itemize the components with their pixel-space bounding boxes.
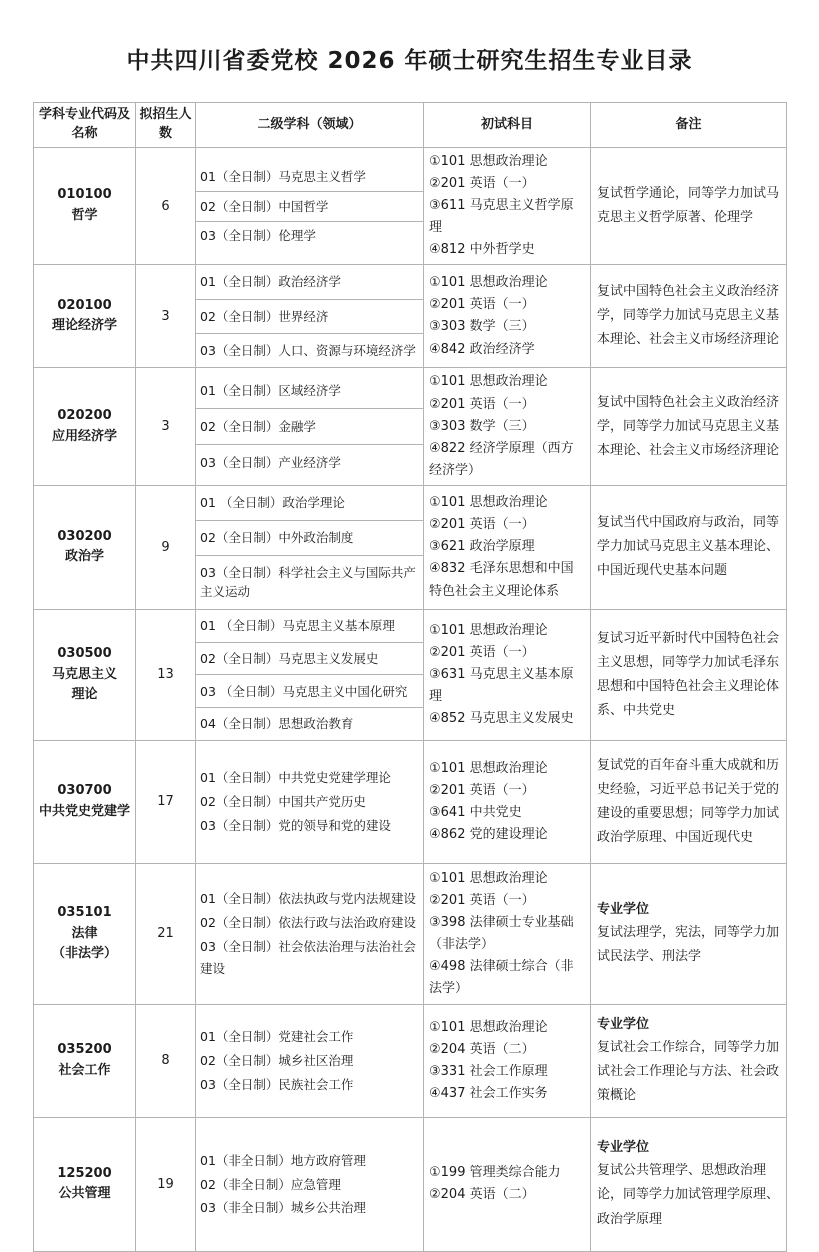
note-text: 复试中国特色社会主义政治经济学，同等学力加试马克思主义基本理论、社会主义市场经济… bbox=[597, 280, 780, 352]
program-code-name-cell: 030500 马克思主义 理论 bbox=[34, 609, 136, 740]
field-item: 01（全日制）依法执政与党内法规建设 bbox=[196, 887, 423, 911]
exam-item: ②201 英语（一） bbox=[429, 173, 585, 195]
header-notes: 备注 bbox=[591, 103, 787, 148]
note-text: 复试哲学通论，同等学力加试马克思主义哲学原著、伦理学 bbox=[597, 182, 780, 230]
exam-item: ④852 马克思主义发展史 bbox=[429, 708, 585, 730]
field-item: 03（全日制）产业经济学 bbox=[196, 444, 423, 480]
exam-item: ②201 英语（一） bbox=[429, 890, 585, 912]
program-code-name-cell: 125200 公共管理 bbox=[34, 1117, 136, 1251]
note-cell: 复试党的百年奋斗重大成就和历史经验，习近平总书记关于党的建设的重要思想；同等学力… bbox=[591, 740, 787, 863]
table-header-row: 学科专业代码及名称 拟招生人数 二级学科（领域） 初试科目 备注 bbox=[34, 103, 787, 148]
note-text: 复试中国特色社会主义政治经济学，同等学力加试马克思主义基本理论、社会主义市场经济… bbox=[597, 391, 780, 463]
exam-item: ①101 思想政治理论 bbox=[429, 151, 585, 173]
note-text: 复试公共管理学、思想政治理论，同等学力加试管理学原理、政治学原理 bbox=[597, 1159, 780, 1231]
table-row: 030700 中共党史党建学 17 01（全日制）中共党史党建学理论 02（全日… bbox=[34, 740, 787, 863]
fields-cell: 01（非全日制）地方政府管理 02（非全日制）应急管理 03（非全日制）城乡公共… bbox=[196, 1117, 424, 1251]
field-item: 02（全日制）中国共产党历史 bbox=[196, 790, 423, 814]
exam-item: ④812 中外哲学史 bbox=[429, 239, 585, 261]
program-code: 010100 bbox=[37, 185, 132, 206]
table-row: 030200 政治学 9 01 （全日制）政治学理论 02（全日制）中外政治制度… bbox=[34, 485, 787, 609]
program-code: 020100 bbox=[37, 296, 132, 317]
program-code-name-cell: 030200 政治学 bbox=[34, 485, 136, 609]
program-code-name-cell: 020100 理论经济学 bbox=[34, 265, 136, 368]
exam-item: ③331 社会工作原理 bbox=[429, 1061, 585, 1083]
exam-item: ②204 英语（二） bbox=[429, 1039, 585, 1061]
field-item: 03（全日制）民族社会工作 bbox=[196, 1073, 423, 1097]
note-cell: 复试当代中国政府与政治，同等学力加试马克思主义基本理论、中国近现代史基本问题 bbox=[591, 485, 787, 609]
page-title: 中共四川省委党校 2026 年硕士研究生招生专业目录 bbox=[10, 42, 809, 75]
fields-cell: 01 （全日制）政治学理论 02（全日制）中外政治制度 03（全日制）科学社会主… bbox=[196, 485, 424, 609]
exam-item: ④498 法律硕士综合（非法学） bbox=[429, 956, 585, 1000]
note-text: 复试社会工作综合，同等学力加试社会工作理论与方法、社会政策概论 bbox=[597, 1036, 780, 1108]
program-name: 哲学 bbox=[37, 206, 132, 227]
quota-cell: 3 bbox=[136, 368, 196, 485]
header-quota: 拟招生人数 bbox=[136, 103, 196, 148]
field-item: 02（全日制）中外政治制度 bbox=[196, 520, 423, 555]
note-cell: 复试中国特色社会主义政治经济学，同等学力加试马克思主义基本理论、社会主义市场经济… bbox=[591, 368, 787, 485]
exam-item: ①101 思想政治理论 bbox=[429, 492, 585, 514]
field-item: 01（全日制）区域经济学 bbox=[196, 373, 423, 408]
program-code-name-cell: 010100 哲学 bbox=[34, 148, 136, 265]
field-item: 01 （全日制）政治学理论 bbox=[196, 486, 423, 520]
note-cell: 复试习近平新时代中国特色社会主义思想，同等学力加试毛泽东思想和中国特色社会主义理… bbox=[591, 609, 787, 740]
program-code: 030500 bbox=[37, 644, 132, 665]
field-item: 01 （全日制）马克思主义基本原理 bbox=[196, 610, 423, 642]
exams-cell: ①101 思想政治理论 ②201 英语（一） ③303 数学（三） ④822 经… bbox=[424, 368, 591, 485]
note-cell: 复试哲学通论，同等学力加试马克思主义哲学原著、伦理学 bbox=[591, 148, 787, 265]
note-text: 复试法理学，宪法，同等学力加试民法学、刑法学 bbox=[597, 921, 780, 969]
exam-item: ③621 政治学原理 bbox=[429, 536, 585, 558]
exam-item: ①101 思想政治理论 bbox=[429, 758, 585, 780]
exam-item: ①101 思想政治理论 bbox=[429, 868, 585, 890]
field-item: 01（全日制）中共党史党建学理论 bbox=[196, 766, 423, 790]
exam-item: ③303 数学（三） bbox=[429, 316, 585, 338]
quota-cell: 9 bbox=[136, 485, 196, 609]
field-item: 04（全日制）思想政治教育 bbox=[196, 707, 423, 740]
program-name: 法律 （非法学） bbox=[37, 924, 132, 966]
quota-cell: 17 bbox=[136, 740, 196, 863]
program-code: 030700 bbox=[37, 781, 132, 802]
table-row: 020200 应用经济学 3 01（全日制）区域经济学 02（全日制）金融学 0… bbox=[34, 368, 787, 485]
field-item: 02（全日制）中国哲学 bbox=[196, 191, 423, 221]
exam-item: ③611 马克思主义哲学原理 bbox=[429, 195, 585, 239]
exams-cell: ①101 思想政治理论 ②201 英语（一） ③641 中共党史 ④862 党的… bbox=[424, 740, 591, 863]
field-item: 03（非全日制）城乡公共治理 bbox=[196, 1196, 423, 1220]
fields-cell: 01（全日制）党建社会工作 02（全日制）城乡社区治理 03（全日制）民族社会工… bbox=[196, 1004, 424, 1117]
exams-cell: ①101 思想政治理论 ②201 英语（一） ③611 马克思主义哲学原理 ④8… bbox=[424, 148, 591, 265]
fields-cell: 01（全日制）中共党史党建学理论 02（全日制）中国共产党历史 03（全日制）党… bbox=[196, 740, 424, 863]
table-row: 035200 社会工作 8 01（全日制）党建社会工作 02（全日制）城乡社区治… bbox=[34, 1004, 787, 1117]
quota-cell: 6 bbox=[136, 148, 196, 265]
note-degree-type: 专业学位 bbox=[597, 1014, 780, 1036]
program-name: 应用经济学 bbox=[37, 427, 132, 448]
header-exams: 初试科目 bbox=[424, 103, 591, 148]
exams-cell: ①101 思想政治理论 ②204 英语（二） ③331 社会工作原理 ④437 … bbox=[424, 1004, 591, 1117]
quota-cell: 21 bbox=[136, 863, 196, 1004]
exam-item: ④832 毛泽东思想和中国特色社会主义理论体系 bbox=[429, 558, 585, 602]
exams-cell: ①101 思想政治理论 ②201 英语（一） ③303 数学（三） ④842 政… bbox=[424, 265, 591, 368]
quota-cell: 19 bbox=[136, 1117, 196, 1251]
field-item: 01（非全日制）地方政府管理 bbox=[196, 1149, 423, 1173]
exams-cell: ①101 思想政治理论 ②201 英语（一） ③398 法律硕士专业基础（非法学… bbox=[424, 863, 591, 1004]
field-item: 01（全日制）马克思主义哲学 bbox=[196, 162, 423, 191]
program-code-name-cell: 030700 中共党史党建学 bbox=[34, 740, 136, 863]
field-item: 02（全日制）马克思主义发展史 bbox=[196, 642, 423, 675]
program-name: 中共党史党建学 bbox=[37, 802, 132, 823]
table-row: 020100 理论经济学 3 01（全日制）政治经济学 02（全日制）世界经济 … bbox=[34, 265, 787, 368]
field-item: 01（全日制）政治经济学 bbox=[196, 265, 423, 298]
program-name: 公共管理 bbox=[37, 1184, 132, 1205]
field-item: 03（全日制）伦理学 bbox=[196, 221, 423, 251]
field-item: 02（全日制）世界经济 bbox=[196, 299, 423, 333]
fields-cell: 01 （全日制）马克思主义基本原理 02（全日制）马克思主义发展史 03 （全日… bbox=[196, 609, 424, 740]
fields-cell: 01（全日制）政治经济学 02（全日制）世界经济 03（全日制）人口、资源与环境… bbox=[196, 265, 424, 368]
exam-item: ②201 英语（一） bbox=[429, 514, 585, 536]
note-degree-type: 专业学位 bbox=[597, 899, 780, 921]
exam-item: ③303 数学（三） bbox=[429, 416, 585, 438]
program-code-name-cell: 035101 法律 （非法学） bbox=[34, 863, 136, 1004]
program-code-name-cell: 020200 应用经济学 bbox=[34, 368, 136, 485]
exam-item: ②201 英语（一） bbox=[429, 780, 585, 802]
note-cell: 专业学位 复试公共管理学、思想政治理论，同等学力加试管理学原理、政治学原理 bbox=[591, 1117, 787, 1251]
quota-cell: 8 bbox=[136, 1004, 196, 1117]
exam-item: ②201 英语（一） bbox=[429, 294, 585, 316]
program-code: 030200 bbox=[37, 527, 132, 548]
table-row: 035101 法律 （非法学） 21 01（全日制）依法执政与党内法规建设 02… bbox=[34, 863, 787, 1004]
exam-item: ③631 马克思主义基本原理 bbox=[429, 664, 585, 708]
field-item: 03（全日制）科学社会主义与国际共产主义运动 bbox=[196, 555, 423, 609]
note-cell: 专业学位 复试法理学，宪法，同等学力加试民法学、刑法学 bbox=[591, 863, 787, 1004]
header-code-name: 学科专业代码及名称 bbox=[34, 103, 136, 148]
exam-item: ①199 管理类综合能力 bbox=[429, 1162, 585, 1184]
program-code: 035101 bbox=[37, 903, 132, 924]
table-row: 030500 马克思主义 理论 13 01 （全日制）马克思主义基本原理 02（… bbox=[34, 609, 787, 740]
table-row: 125200 公共管理 19 01（非全日制）地方政府管理 02（非全日制）应急… bbox=[34, 1117, 787, 1251]
note-text: 复试党的百年奋斗重大成就和历史经验，习近平总书记关于党的建设的重要思想；同等学力… bbox=[597, 754, 780, 850]
exam-item: ②204 英语（二） bbox=[429, 1184, 585, 1206]
exam-item: ③641 中共党史 bbox=[429, 802, 585, 824]
program-code-name-cell: 035200 社会工作 bbox=[34, 1004, 136, 1117]
field-item: 03（全日制）人口、资源与环境经济学 bbox=[196, 333, 423, 367]
field-item: 02（全日制）依法行政与法治政府建设 bbox=[196, 911, 423, 935]
field-item: 03 （全日制）马克思主义中国化研究 bbox=[196, 674, 423, 707]
fields-cell: 01（全日制）依法执政与党内法规建设 02（全日制）依法行政与法治政府建设 03… bbox=[196, 863, 424, 1004]
note-text: 复试当代中国政府与政治，同等学力加试马克思主义基本理论、中国近现代史基本问题 bbox=[597, 511, 780, 583]
exam-item: ④437 社会工作实务 bbox=[429, 1083, 585, 1105]
admissions-table: 学科专业代码及名称 拟招生人数 二级学科（领域） 初试科目 备注 010100 … bbox=[33, 102, 787, 1252]
program-name: 社会工作 bbox=[37, 1061, 132, 1082]
program-name: 政治学 bbox=[37, 547, 132, 568]
exam-item: ③398 法律硕士专业基础（非法学） bbox=[429, 912, 585, 956]
exam-item: ④842 政治经济学 bbox=[429, 339, 585, 361]
field-item: 02（全日制）城乡社区治理 bbox=[196, 1049, 423, 1073]
note-text: 复试习近平新时代中国特色社会主义思想，同等学力加试毛泽东思想和中国特色社会主义理… bbox=[597, 627, 780, 723]
program-code: 035200 bbox=[37, 1040, 132, 1061]
exam-item: ①101 思想政治理论 bbox=[429, 1017, 585, 1039]
field-item: 01（全日制）党建社会工作 bbox=[196, 1025, 423, 1049]
exam-item: ②201 英语（一） bbox=[429, 394, 585, 416]
program-name: 马克思主义 理论 bbox=[37, 665, 132, 707]
exam-item: ④822 经济学原理（西方经济学） bbox=[429, 438, 585, 482]
program-name: 理论经济学 bbox=[37, 316, 132, 337]
quota-cell: 3 bbox=[136, 265, 196, 368]
note-cell: 复试中国特色社会主义政治经济学，同等学力加试马克思主义基本理论、社会主义市场经济… bbox=[591, 265, 787, 368]
fields-cell: 01（全日制）马克思主义哲学 02（全日制）中国哲学 03（全日制）伦理学 bbox=[196, 148, 424, 265]
exams-cell: ①101 思想政治理论 ②201 英语（一） ③621 政治学原理 ④832 毛… bbox=[424, 485, 591, 609]
exams-cell: ①199 管理类综合能力 ②204 英语（二） bbox=[424, 1117, 591, 1251]
exam-item: ①101 思想政治理论 bbox=[429, 272, 585, 294]
field-item: 03（全日制）社会依法治理与法治社会建设 bbox=[196, 935, 423, 981]
program-code: 125200 bbox=[37, 1164, 132, 1185]
field-item: 02（非全日制）应急管理 bbox=[196, 1173, 423, 1197]
program-code: 020200 bbox=[37, 406, 132, 427]
header-fields: 二级学科（领域） bbox=[196, 103, 424, 148]
fields-cell: 01（全日制）区域经济学 02（全日制）金融学 03（全日制）产业经济学 bbox=[196, 368, 424, 485]
exam-item: ①101 思想政治理论 bbox=[429, 371, 585, 393]
quota-cell: 13 bbox=[136, 609, 196, 740]
note-cell: 专业学位 复试社会工作综合，同等学力加试社会工作理论与方法、社会政策概论 bbox=[591, 1004, 787, 1117]
field-item: 03（全日制）党的领导和党的建设 bbox=[196, 814, 423, 838]
table-row: 010100 哲学 6 01（全日制）马克思主义哲学 02（全日制）中国哲学 0… bbox=[34, 148, 787, 265]
exam-item: ①101 思想政治理论 bbox=[429, 620, 585, 642]
note-degree-type: 专业学位 bbox=[597, 1137, 780, 1159]
exam-item: ②201 英语（一） bbox=[429, 642, 585, 664]
exams-cell: ①101 思想政治理论 ②201 英语（一） ③631 马克思主义基本原理 ④8… bbox=[424, 609, 591, 740]
field-item: 02（全日制）金融学 bbox=[196, 408, 423, 444]
exam-item: ④862 党的建设理论 bbox=[429, 824, 585, 846]
